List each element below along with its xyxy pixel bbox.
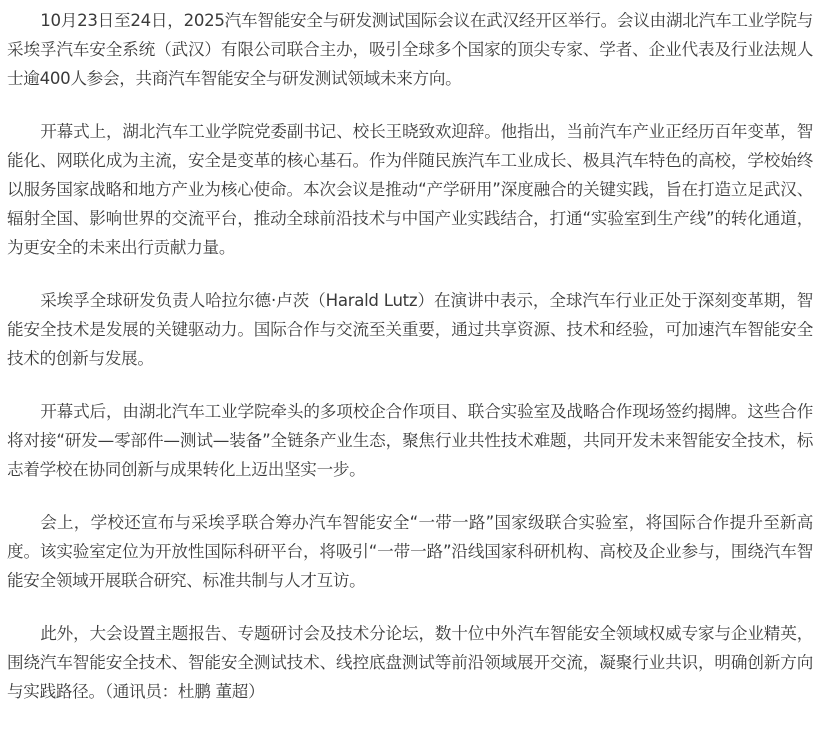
paragraph-belt-road-lab: 会上，学校还宣布与采埃孚联合筹办汽车智能安全“一带一路”国家级联合实验室，将国际…	[7, 508, 813, 595]
paragraph-signing-ceremony: 开幕式后，由湖北汽车工业学院牵头的多项校企合作项目、联合实验室及战略合作现场签约…	[7, 397, 813, 484]
paragraph-forum-summary: 此外，大会设置主题报告、专题研讨会及技术分论坛，数十位中外汽车智能安全领域权威专…	[7, 619, 813, 706]
article-body: 10月23日至24日，2025汽车智能安全与研发测试国际会议在武汉经开区举行。会…	[0, 0, 821, 706]
paragraph-zf-speech: 采埃孚全球研发负责人哈拉尔德·卢茨（Harald Lutz）在演讲中表示，全球汽…	[7, 286, 813, 373]
paragraph-opening-speech: 开幕式上，湖北汽车工业学院党委副书记、校长王晓致欢迎辞。他指出，当前汽车产业正经…	[7, 117, 813, 262]
paragraph-conference-intro: 10月23日至24日，2025汽车智能安全与研发测试国际会议在武汉经开区举行。会…	[7, 6, 813, 93]
